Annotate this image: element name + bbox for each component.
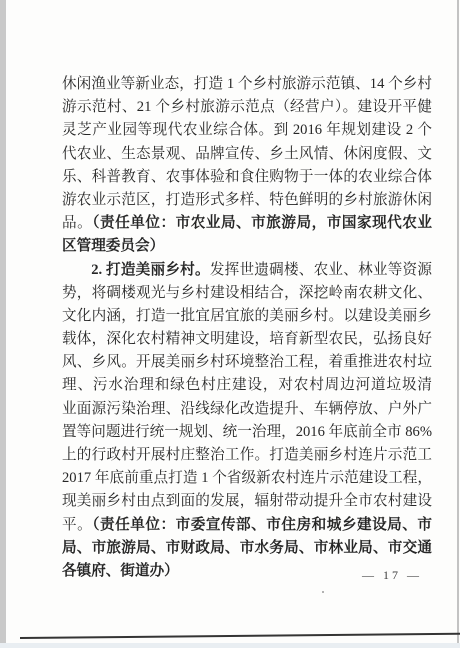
document-body: 休闲渔业等新业态，打造 1 个乡村旅游示范镇、14 个乡村旅游示范村、21 个乡… xyxy=(62,73,432,583)
body-text: 乐、科普教育、农事体验和食住购物于一体的农业综合体和旅 xyxy=(62,169,432,189)
text-line: 平。（责任单位：市委宣传部、市住房和城乡建设局、市农业 xyxy=(62,514,432,537)
body-text: 平。 xyxy=(62,517,92,533)
scan-speck xyxy=(322,591,324,593)
text-line: 势，将碉楼观光与乡村建设相结合，深挖岭南农耕文化、华侨 xyxy=(62,282,432,305)
scan-speck xyxy=(258,548,260,550)
body-text: 现美丽乡村由点到面的发展，辐射带动提升全市农村建设水 xyxy=(62,493,432,513)
bold-text: 2. 打造美丽乡村。 xyxy=(91,262,210,278)
body-text: 理、污水治理和绿色村庄建设，对农村周边河道垃圾清理、农 xyxy=(62,377,432,397)
text-line: 游示范村、21 个乡村旅游示范点（经营户）。建设开平健之源 xyxy=(62,96,432,119)
body-text: 上的行政村开展村庄整治工作。打造美丽乡村连片示范工程， xyxy=(62,447,432,467)
body-text: 休闲渔业等新业态，打造 1 个乡村旅游示范镇、14 个乡村旅 xyxy=(62,76,432,96)
text-line: 乐、科普教育、农事体验和食住购物于一体的农业综合体和旅 xyxy=(62,166,432,189)
body-text: 势，将碉楼观光与乡村建设相结合，深挖岭南农耕文化、华侨 xyxy=(62,285,432,305)
text-line: 业面源污染治理、沿线绿化改造提升、车辆停放、户外广告设 xyxy=(62,398,432,421)
text-line: 置等问题进行统一规划、统一治理，2016 年底前全市 86% 以 xyxy=(62,421,432,444)
text-line: 休闲渔业等新业态，打造 1 个乡村旅游示范镇、14 个乡村旅 xyxy=(62,73,432,96)
bold-text: 局、市旅游局、市财政局、市水务局、市林业局、市交通局， xyxy=(62,540,432,560)
body-text: 风、乡风。开展美丽乡村环境整治工程，着重推进农村垃圾治 xyxy=(62,354,432,374)
scanned-document-page: 休闲渔业等新业态，打造 1 个乡村旅游示范镇、14 个乡村旅游示范村、21 个乡… xyxy=(0,0,460,648)
body-text: 游农业示范区，打造形式多样、特色鲜明的乡村旅游休闲产 xyxy=(62,192,432,212)
text-line: 2017 年底前重点打造 1 个省级新农村连片示范建设工程，实 xyxy=(62,467,432,490)
text-line: 理、污水治理和绿色村庄建设，对农村周边河道垃圾清理、农 xyxy=(62,374,432,397)
body-text: 2017 年底前重点打造 1 个省级新农村连片示范建设工程，实 xyxy=(62,470,432,490)
body-text: 置等问题进行统一规划、统一治理，2016 年底前全市 86% 以 xyxy=(62,424,432,444)
text-line: 上的行政村开展村庄整治工作。打造美丽乡村连片示范工程， xyxy=(62,444,432,467)
scan-right-edge-line xyxy=(457,0,459,648)
bold-text: 区管理委员会） xyxy=(62,238,164,254)
body-text: 品。 xyxy=(62,215,92,231)
scan-bottom-edge-line xyxy=(20,633,460,640)
text-line: 现美丽乡村由点到面的发展，辐射带动提升全市农村建设水 xyxy=(62,490,432,513)
text-line: 游农业示范区，打造形式多样、特色鲜明的乡村旅游休闲产 xyxy=(62,189,432,212)
text-line: 文化内涵，打造一批宜居宜旅的美丽乡村。以建设美丽乡村为 xyxy=(62,305,432,328)
body-text: 业面源污染治理、沿线绿化改造提升、车辆停放、户外广告设 xyxy=(62,401,432,421)
scan-left-edge-strip xyxy=(0,0,6,648)
body-text: 文化内涵，打造一批宜居宜旅的美丽乡村。以建设美丽乡村为 xyxy=(62,308,432,328)
text-line: 区管理委员会） xyxy=(62,235,432,258)
text-line: 灵芝产业园等现代农业综合体。到 2016 年规划建设 2 个融现 xyxy=(62,119,432,142)
text-line: 风、乡风。开展美丽乡村环境整治工程，着重推进农村垃圾治 xyxy=(62,351,432,374)
text-line: 2. 打造美丽乡村。发挥世遗碉楼、农业、林业等资源优 xyxy=(62,259,432,282)
bold-text: 各镇府、街道办） xyxy=(62,563,179,579)
text-line: 载体，深化农村精神文明建设，培育新型农民，弘扬良好家 xyxy=(62,328,432,351)
bold-text: （责任单位：市委宣传部、市住房和城乡建设局、市农业 xyxy=(62,517,432,537)
text-line: 品。（责任单位：市农业局、市旅游局，市国家现代农业示范 xyxy=(62,212,432,235)
page-number: — 17 — xyxy=(362,568,422,583)
body-text: 载体，深化农村精神文明建设，培育新型农民，弘扬良好家 xyxy=(62,331,432,351)
scan-bottom-strip xyxy=(0,643,460,648)
body-text: 灵芝产业园等现代农业综合体。到 2016 年规划建设 2 个融现 xyxy=(62,122,432,142)
body-text: 游示范村、21 个乡村旅游示范点（经营户）。建设开平健之源 xyxy=(62,99,432,119)
bold-text: （责任单位：市农业局、市旅游局，市国家现代农业示范 xyxy=(62,215,432,235)
body-text: 代农业、生态景观、品牌宣传、乡土风情、休闲度假、文化娱 xyxy=(62,146,432,166)
text-line: 局、市旅游局、市财政局、市水务局、市林业局、市交通局， xyxy=(62,537,432,560)
text-line: 代农业、生态景观、品牌宣传、乡土风情、休闲度假、文化娱 xyxy=(62,143,432,166)
